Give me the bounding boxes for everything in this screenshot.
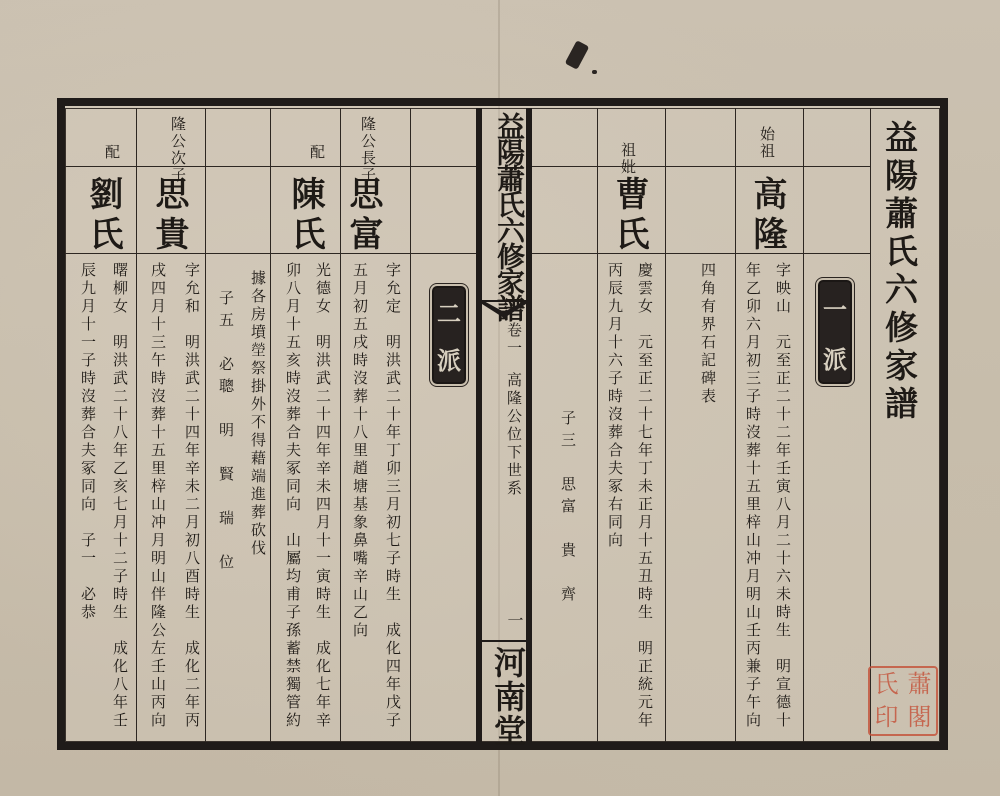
bio-line: 辰九月十一子時沒葬合夫冢同向 子一 必恭 <box>80 262 95 622</box>
grid-line <box>665 108 666 742</box>
bio-line: 字允定 明洪武二十年丁卯三月初七子時生 成化四年戊子 <box>385 262 400 730</box>
generation-label: 派 <box>437 341 461 376</box>
children-line: 子三 思富 貴 齊 <box>560 410 575 608</box>
grid-line <box>803 108 804 742</box>
column-header-caoshi: 祖妣 <box>620 142 635 176</box>
bio-line: 曙柳女 明洪武二十八年乙亥七月十二子時生 成化八年壬 <box>112 262 127 730</box>
seal-char: 氏 <box>870 668 903 701</box>
book-title: 益陽蕭氏六修家譜 <box>883 120 916 424</box>
bio-line: 字允和 明洪武二十四年辛未二月初八酉時生 成化二年丙 <box>184 262 199 730</box>
bio-line: 字映山 元至正二十二年壬寅八月二十六未時生 明宣德十 <box>775 262 790 730</box>
person-name-sigui: 思貴 <box>152 176 186 256</box>
red-seal-stamp: 氏 蕭 印 閣 <box>868 666 938 736</box>
column-header-liushi: 配 <box>104 144 119 161</box>
generation-number: 二 <box>437 294 461 329</box>
column-header-sigui: 隆公次子 <box>170 116 185 184</box>
ink-dot <box>592 70 597 74</box>
bio-line: 據各房墳塋祭掛外不得藉端進葬砍伐 <box>250 270 265 558</box>
bio-line: 光德女 明洪武二十四年辛未四月十一寅時生 成化七年辛 <box>315 262 330 730</box>
grid-line <box>340 108 341 742</box>
grid-line <box>870 108 871 742</box>
person-name-liushi: 劉氏 <box>86 176 120 256</box>
seal-char: 印 <box>870 701 903 734</box>
generation-label: 派 <box>823 340 847 375</box>
grid-line <box>136 108 137 742</box>
bio-line: 五月初五戌時沒葬十八里趙塘基象鼻嘴辛山乙向 <box>352 262 367 640</box>
volume-label: 卷一 <box>506 322 521 358</box>
bio-line: 丙辰九月十六子時沒葬合夫冢右同向 <box>607 262 622 550</box>
page-number: 一 <box>506 612 522 628</box>
bio-line: 慶雲女 元至正二十七年丁未正月十五丑時生 明正統元年 <box>637 262 652 730</box>
column-header-chenshi: 配 <box>309 144 324 161</box>
grid-line <box>410 108 411 742</box>
hall-name: 河南堂 <box>484 646 524 748</box>
grid-line <box>205 108 206 742</box>
name-row-line <box>532 253 870 254</box>
header-row-line <box>532 166 870 167</box>
person-name-caoshi: 曹氏 <box>612 176 646 256</box>
bio-line: 戌四月十三午時沒葬十五里梓山冲月明山伴隆公左壬山丙向 <box>150 262 165 730</box>
column-header-gaolong: 始祖 <box>759 126 774 160</box>
person-name-gaolong: 高隆 <box>750 176 784 256</box>
grid-line <box>735 108 736 742</box>
section-label: 高隆公位下世系 <box>506 372 521 498</box>
children-line: 子五 必聰 明 賢 瑞 位 <box>218 290 233 576</box>
generation-badge-2: 二 派 <box>432 286 466 384</box>
generation-badge-1: 一 派 <box>818 280 852 384</box>
column-header-sifu: 隆公長子 <box>360 116 375 160</box>
bio-line: 卯八月十五亥時沒葬合夫冢同向 山屬均甫子孫蓄禁獨管約 <box>285 262 300 730</box>
header-row-line <box>65 166 476 167</box>
bio-line: 四角有界石記碑表 <box>700 262 715 406</box>
generation-number: 一 <box>823 290 847 325</box>
seal-char: 閣 <box>903 701 936 734</box>
seal-char: 蕭 <box>903 668 936 701</box>
person-name-chenshi: 陳氏 <box>288 176 322 256</box>
grid-line <box>597 108 598 742</box>
center-book-title: 益陽蕭氏六修家譜 <box>484 112 524 320</box>
person-name-sifu: 思富 <box>346 176 380 256</box>
name-row-line <box>65 253 476 254</box>
bio-line: 年乙卯六月初三子時沒葬十五里梓山冲月明山壬丙兼子午向 <box>745 262 760 730</box>
grid-line <box>270 108 271 742</box>
fish-tail-ornament <box>482 300 526 318</box>
